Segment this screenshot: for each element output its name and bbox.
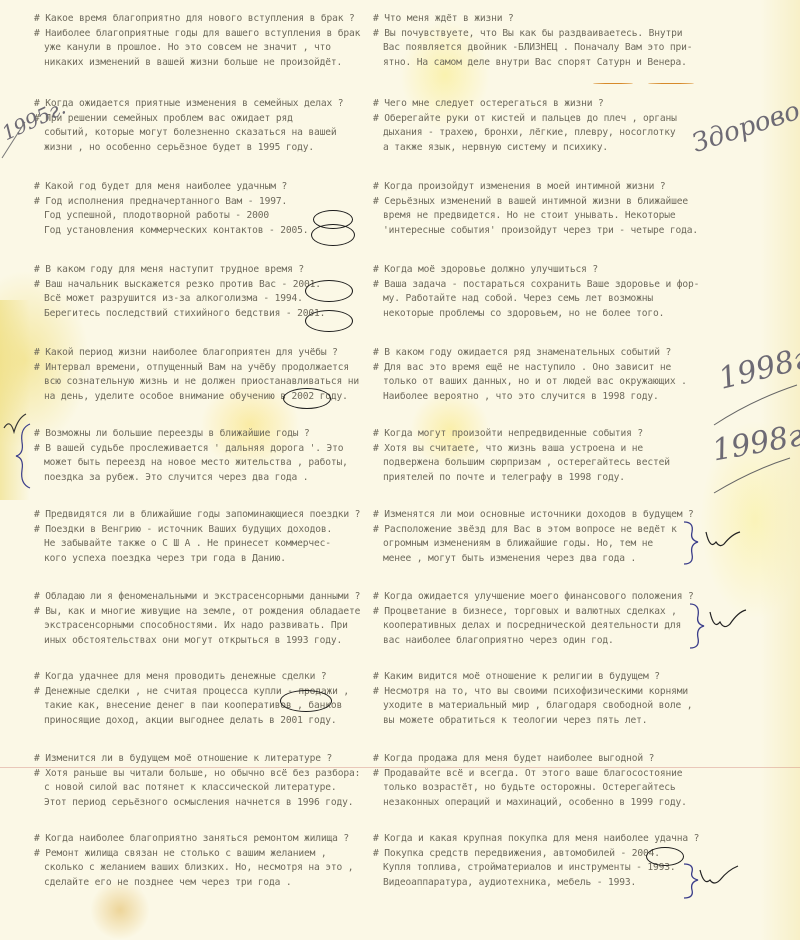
left-qa-item: # Какое время благоприятно для нового вс… [34, 12, 389, 70]
highlight-underline [648, 83, 694, 84]
right-qa-item: # Когда произойдут изменения в моей инти… [373, 180, 718, 238]
question-text: # Какое время благоприятно для нового вс… [34, 12, 389, 27]
answer-line: подвержена большим сюрпризам , остерегай… [373, 456, 718, 471]
paper-stain [0, 300, 30, 500]
answer-line: # Вы почувствуете, что Вы как бы раздваи… [373, 27, 718, 42]
answer-line: уже канули в прошлое. Но это совсем не з… [34, 41, 389, 56]
answer-line: Берегитесь последствий стихийного бедств… [34, 307, 389, 322]
question-text: # Изменятся ли мои основные источники до… [373, 508, 718, 523]
right-qa-item: # Каким видится моё отношение к религии … [373, 670, 718, 728]
answer-line: # Ваша задача - постараться сохранить Ва… [373, 278, 718, 293]
answer-line: Купля топлива, стройматериалов и инструм… [373, 861, 718, 876]
handwritten-stroke [712, 380, 800, 430]
question-text: # Когда могут произойти непредвиденные с… [373, 427, 718, 442]
question-text: # Какой год будет для меня наиболее удач… [34, 180, 389, 195]
right-qa-item: # Когда и какая крупная покупка для меня… [373, 832, 718, 890]
right-qa-item: # Изменятся ли мои основные источники до… [373, 508, 718, 566]
answer-line: # При решении семейных проблем вас ожида… [34, 112, 389, 127]
answer-line: сколько с желанием ваших близких. Но, не… [34, 861, 389, 876]
answer-line: # Наиболее благоприятные годы для вашего… [34, 27, 389, 42]
question-text: # Что меня ждёт в жизни ? [373, 12, 718, 27]
answer-line: время не предвидется. Но не стоит уныват… [373, 209, 718, 224]
answer-line: экстрасенсорными способностями. Их надо … [34, 619, 389, 634]
answer-line: событий, которые могут болезненно сказат… [34, 126, 389, 141]
handwritten-year-note: 1998г. [715, 338, 800, 396]
paper-edge-shadow [760, 0, 800, 940]
question-text: # Какой период жизни наиболее благоприят… [34, 346, 389, 361]
answer-line: # Оберегайте руки от кистей и пальцев до… [373, 112, 718, 127]
answer-line: # В вашей судьбе прослеживается ' дальня… [34, 442, 389, 457]
left-qa-item: # Когда удачнее для меня проводить денеж… [34, 670, 389, 728]
answer-line: только возрастёт, но будьте осторожны. О… [373, 781, 718, 796]
answer-line: приятелей по почте и телеграфу в 1998 го… [373, 471, 718, 486]
question-text: # Когда ожидается приятные изменения в с… [34, 97, 389, 112]
question-text: # Когда удачнее для меня проводить денеж… [34, 670, 389, 685]
answer-line: # Несмотря на то, что вы своими психофиз… [373, 685, 718, 700]
left-qa-item: # В каком году для меня наступит трудное… [34, 263, 389, 321]
left-qa-item: # Какой год будет для меня наиболее удач… [34, 180, 389, 238]
handwritten-stroke [0, 120, 30, 160]
answer-line: # Для вас это время ещё не наступило . О… [373, 361, 718, 376]
answer-line: # Интервал времени, отпущенный Вам на уч… [34, 361, 389, 376]
answer-line: # Процветание в бизнесе, торговых и валю… [373, 605, 718, 620]
answer-line: # Год исполнения предначертанного Вам - … [34, 195, 389, 210]
left-qa-item: # Когда ожидается приятные изменения в с… [34, 97, 389, 155]
answer-line: с новой силой вас потянет к классической… [34, 781, 389, 796]
answer-line: Всё может разрушится из-за алкоголизма -… [34, 292, 389, 307]
question-text: # Когда продажа для меня будет наиболее … [373, 752, 718, 767]
answer-line: Наиболее вероятно , что это случится в 1… [373, 390, 718, 405]
answer-line: му. Работайте над собой. Через семь лет … [373, 292, 718, 307]
answer-line: вы можете обратиться к теологии через пя… [373, 714, 718, 729]
answer-line: иных обстоятельствах они могут открыться… [34, 634, 389, 649]
right-qa-item: # Чего мне следует остерегаться в жизни … [373, 97, 718, 155]
right-qa-item: # Когда могут произойти непредвиденные с… [373, 427, 718, 485]
answer-line: # Хотя раньше вы читали больше, но обычн… [34, 767, 389, 782]
question-text: # В каком году ожидается ряд знаменатель… [373, 346, 718, 361]
left-qa-item: # Возможны ли большие переезды в ближайш… [34, 427, 389, 485]
right-qa-item: # В каком году ожидается ряд знаменатель… [373, 346, 718, 404]
answer-line: дыхания - трахею, бронхи, лёгкие, плевру… [373, 126, 718, 141]
question-text: # Когда ожидается улучшение моего финанс… [373, 590, 718, 605]
question-text: # Предвидятся ли в ближайшие годы запоми… [34, 508, 389, 523]
answer-line: только от ваших данных, но и от людей ва… [373, 375, 718, 390]
answer-line: некоторые проблемы со здоровьем, но не б… [373, 307, 718, 322]
answer-line: кооперативных делах и посреднической дея… [373, 619, 718, 634]
question-text: # Возможны ли большие переезды в ближайш… [34, 427, 389, 442]
left-qa-item: # Изменится ли в будущем моё отношение к… [34, 752, 389, 810]
answer-line: огромным изменениям в ближайшие годы. Но… [373, 537, 718, 552]
question-text: # Обладаю ли я феноменальными и экстрасе… [34, 590, 389, 605]
answer-line: приносящие доход, акции выгоднее делать … [34, 714, 389, 729]
answer-line: уходите в материальный мир , благодаря с… [373, 699, 718, 714]
left-qa-item: # Обладаю ли я феноменальными и экстрасе… [34, 590, 389, 648]
right-qa-item: # Когда продажа для меня будет наиболее … [373, 752, 718, 810]
right-qa-item: # Когда моё здоровье должно улучшиться ?… [373, 263, 718, 321]
answer-line: 'интересные события' произойдут через тр… [373, 224, 718, 239]
answer-line: Не забывайте также о С Ш А . Не принесет… [34, 537, 389, 552]
right-qa-item: # Когда ожидается улучшение моего финанс… [373, 590, 718, 648]
answer-line: # Расположение звёзд для Вас в этом вопр… [373, 523, 718, 538]
answer-line: сделайте его не позднее чем через три го… [34, 876, 389, 891]
answer-line: # Покупка средств передвижения, автомоби… [373, 847, 718, 862]
answer-line: а также язык, нервную систему и психику. [373, 141, 718, 156]
highlight-underline [593, 83, 633, 84]
answer-line: # Хотя вы считаете, что жизнь ваша устро… [373, 442, 718, 457]
answer-line: Год установления коммерческих контактов … [34, 224, 389, 239]
answer-line: # Серьёзных изменений в вашей интимной ж… [373, 195, 718, 210]
answer-line: Вас появляется двойник -БЛИЗНЕЦ . Понача… [373, 41, 718, 56]
answer-line: всю сознательную жизнь и не должен приос… [34, 375, 389, 390]
answer-line: менее , могут быть изменения через два г… [373, 552, 718, 567]
answer-line: кого успеха поездка через три года в Дан… [34, 552, 389, 567]
left-qa-item: # Какой период жизни наиболее благоприят… [34, 346, 389, 404]
handwritten-year-note: 1998г. [710, 416, 800, 468]
answer-line: незаконных операций и махинаций, особенн… [373, 796, 718, 811]
right-qa-item: # Что меня ждёт в жизни ?# Вы почувствуе… [373, 12, 718, 70]
answer-line: # Продавайте всё и всегда. От этого ваше… [373, 767, 718, 782]
answer-line: поездка за рубеж. Это случится через два… [34, 471, 389, 486]
answer-line: Этот период серьёзного осмысления начнет… [34, 796, 389, 811]
question-text: # Чего мне следует остерегаться в жизни … [373, 97, 718, 112]
answer-line: никаких изменений в вашей жизни больше н… [34, 56, 389, 71]
answer-line: вас наиболее благоприятно через один год… [373, 634, 718, 649]
answer-line: ятно. На самом деле внутри Вас спорят Са… [373, 56, 718, 71]
answer-line: может быть переезд на новое место житель… [34, 456, 389, 471]
left-qa-item: # Предвидятся ли в ближайшие годы запоми… [34, 508, 389, 566]
answer-line: # Поездки в Венгрию - источник Ваших буд… [34, 523, 389, 538]
handwritten-stroke [712, 455, 792, 495]
question-text: # Когда произойдут изменения в моей инти… [373, 180, 718, 195]
question-text: # Когда моё здоровье должно улучшиться ? [373, 263, 718, 278]
answer-line: # Ваш начальник выскажется резко против … [34, 278, 389, 293]
answer-line: # Денежные сделки , не считая процесса к… [34, 685, 389, 700]
question-text: # Изменится ли в будущем моё отношение к… [34, 752, 389, 767]
answer-line: Видеоаппаратура, аудиотехника, мебель - … [373, 876, 718, 891]
answer-line: # Вы, как и многие живущие на земле, от … [34, 605, 389, 620]
question-text: # Каким видится моё отношение к религии … [373, 670, 718, 685]
question-text: # В каком году для меня наступит трудное… [34, 263, 389, 278]
answer-line: такие как, внесение денег в паи кооперат… [34, 699, 389, 714]
answer-line: на день, уделите особое внимание обучени… [34, 390, 389, 405]
question-text: # Когда и какая крупная покупка для меня… [373, 832, 718, 847]
answer-line: Год успешной, плодотворной работы - 2000 [34, 209, 389, 224]
answer-line: жизни , но особенно серьёзное будет в 19… [34, 141, 389, 156]
answer-line: # Ремонт жилища связан не столько с ваши… [34, 847, 389, 862]
left-qa-item: # Когда наиболее благоприятно заняться р… [34, 832, 389, 890]
question-text: # Когда наиболее благоприятно заняться р… [34, 832, 389, 847]
